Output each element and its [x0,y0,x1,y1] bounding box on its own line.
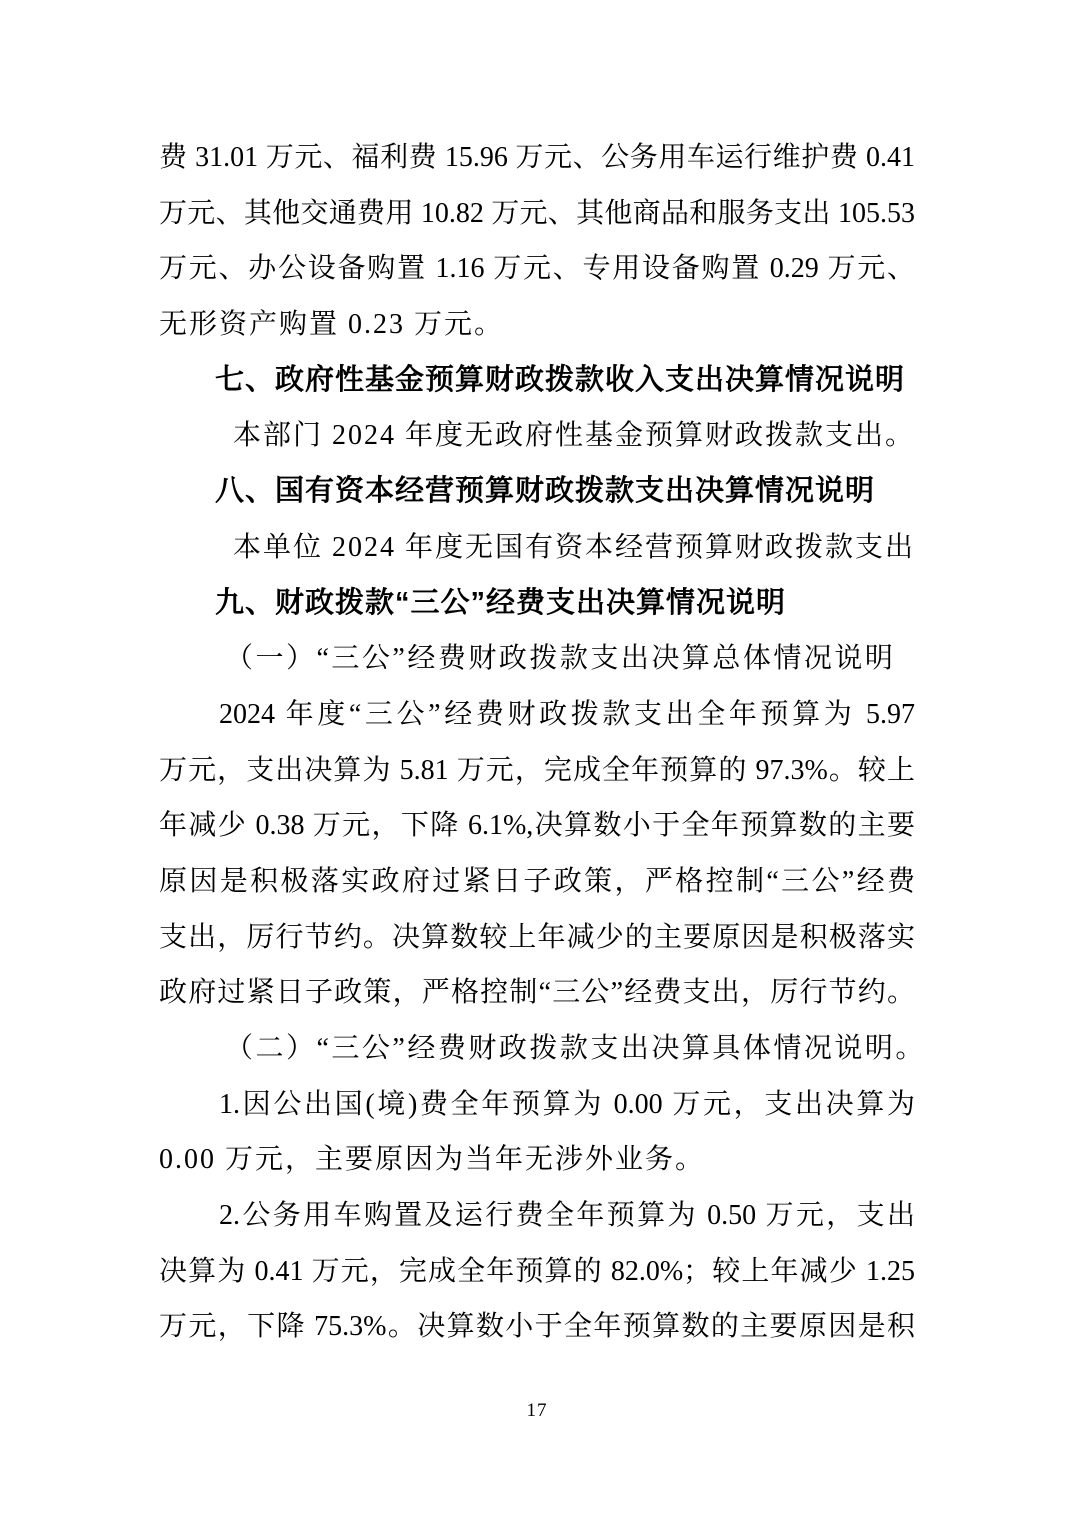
paragraph-first-line: 1.因公出国(境)费全年预算为 0.00 万元，支出决算为 [159,1077,915,1133]
paragraph-line: 本单位 2024 年度无国有资本经营预算财政拨款支出。 [159,520,915,576]
text-line: 决算为 0.41 万元，完成全年预算的 82.0%；较上年减少 1.25 [159,1244,915,1300]
subsection-heading: （二）“三公”经费财政拨款支出决算具体情况说明。 [159,1021,915,1077]
paragraph-first-line: 2024 年度“三公”经费财政拨款支出全年预算为 5.97 [159,687,915,743]
text-line: 0.00 万元，主要原因为当年无涉外业务。 [159,1132,915,1188]
text-line: 费 31.01 万元、福利费 15.96 万元、公务用车运行维护费 0.41 [159,130,915,186]
text-line: 万元，下降 75.3%。决算数小于全年预算数的主要原因是积 [159,1299,915,1355]
text-line: 无形资产购置 0.23 万元。 [159,297,915,353]
text-line: 支出，厉行节约。决算数较上年减少的主要原因是积极落实 [159,910,915,966]
text-line: 政府过紧日子政策，严格控制“三公”经费支出，厉行节约。 [159,965,915,1021]
document-content: 费 31.01 万元、福利费 15.96 万元、公务用车运行维护费 0.41万元… [159,130,915,1355]
section-heading: 七、政府性基金预算财政拨款收入支出决算情况说明 [159,353,915,409]
section-heading: 九、财政拨款“三公”经费支出决算情况说明 [159,576,915,632]
text-line: 万元、其他交通费用 10.82 万元、其他商品和服务支出 105.53 [159,186,915,242]
subsection-heading: （一）“三公”经费财政拨款支出决算总体情况说明 [159,631,915,687]
paragraph-first-line: 2.公务用车购置及运行费全年预算为 0.50 万元，支出 [159,1188,915,1244]
text-line: 万元，支出决算为 5.81 万元，完成全年预算的 97.3%。较上 [159,743,915,799]
section-heading: 八、国有资本经营预算财政拨款支出决算情况说明 [159,464,915,520]
text-line: 原因是积极落实政府过紧日子政策，严格控制“三公”经费 [159,854,915,910]
page-number: 17 [0,1400,1074,1422]
paragraph-line: 本部门 2024 年度无政府性基金预算财政拨款支出。 [159,408,915,464]
text-line: 年减少 0.38 万元，下降 6.1%,决算数小于全年预算数的主要 [159,798,915,854]
text-line: 万元、办公设备购置 1.16 万元、专用设备购置 0.29 万元、 [159,241,915,297]
document-page: 费 31.01 万元、福利费 15.96 万元、公务用车运行维护费 0.41万元… [0,0,1074,1520]
